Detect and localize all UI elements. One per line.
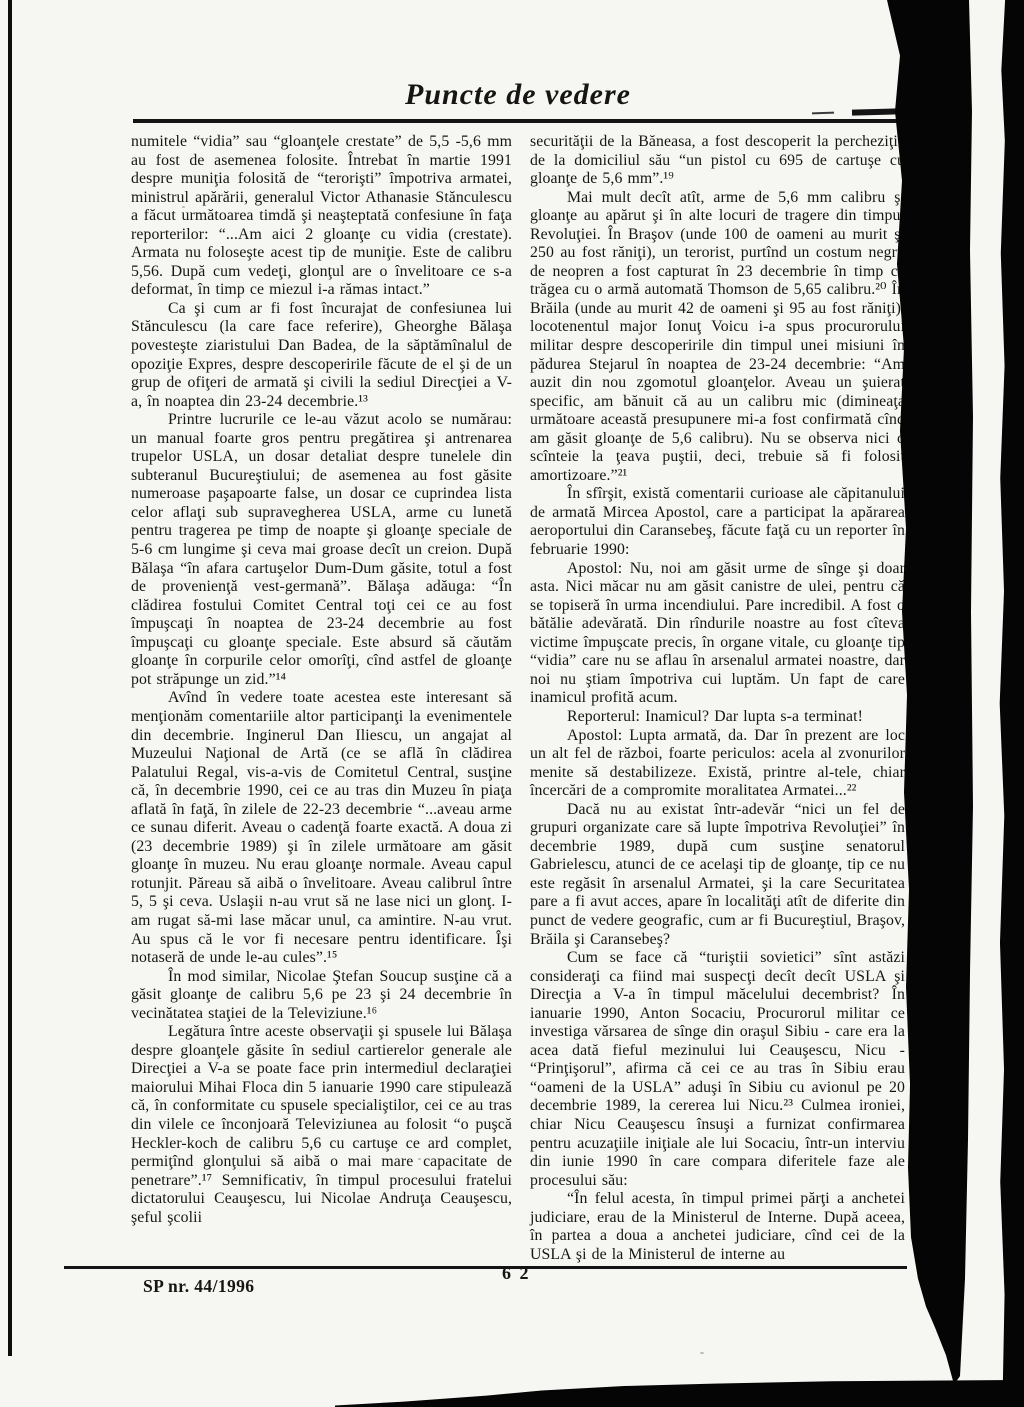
- scan-dash-header-small: [812, 112, 834, 115]
- scanned-page: { "header": { "title": "Puncte de vedere…: [0, 0, 1024, 1407]
- paragraph: Avînd în vedere toate acestea este inter…: [131, 689, 512, 967]
- scan-noise-dot: [700, 1352, 704, 1354]
- paragraph: În mod similar, Nicolae Ştefan Soucup su…: [131, 968, 512, 1024]
- paragraph: Apostol: Nu, noi am găsit urme de sînge …: [530, 560, 905, 708]
- article-column-right: securităţii de la Băneasa, a fost descop…: [530, 133, 905, 1264]
- scan-bar-bottom: [335, 1377, 1024, 1407]
- page-number: 6 2: [502, 1263, 531, 1284]
- footer-journal-label: SP nr. 44/1996: [143, 1276, 254, 1297]
- paragraph: Printre lucrurile ce le-au văzut acolo s…: [131, 411, 512, 689]
- footer-rule: [64, 1266, 907, 1269]
- paragraph: securităţii de la Băneasa, a fost descop…: [530, 133, 905, 189]
- paragraph: Dacă nu au existat într-adevăr “nici un …: [530, 801, 905, 949]
- scan-edge-left-line: [8, 0, 12, 1356]
- scan-dash-header-right: [852, 108, 898, 115]
- scan-noise-dot: [252, 642, 255, 645]
- scan-noise-dot: [418, 1158, 421, 1160]
- paragraph: Cum se face că “turiştii sovietici” sînt…: [530, 949, 905, 1190]
- paragraph: “În felul acesta, în timpul primei părţi…: [530, 1190, 905, 1264]
- paragraph: Mai mult decît atît, arme de 5,6 mm cali…: [530, 189, 905, 486]
- paragraph: Ca şi cum ar fi fost încurajat de confes…: [131, 300, 512, 411]
- paragraph: Apostol: Lupta armată, da. Dar în prezen…: [530, 727, 905, 801]
- paragraph: numitele “vidia” sau “gloanţele crestate…: [131, 133, 512, 300]
- scan-band-right-edge: [997, 0, 1024, 1407]
- article-column-left: numitele “vidia” sau “gloanţele crestate…: [131, 133, 512, 1227]
- paragraph: Legătura între aceste observaţii şi spus…: [131, 1023, 512, 1227]
- header-rule: [133, 119, 903, 123]
- paragraph: Reporterul: Inamicul? Dar lupta s-a term…: [530, 708, 905, 727]
- scan-noise-dot: [182, 206, 185, 208]
- paragraph: În sfîrşit, există comentarii curioase a…: [530, 485, 905, 559]
- page-title: Puncte de vedere: [133, 78, 903, 112]
